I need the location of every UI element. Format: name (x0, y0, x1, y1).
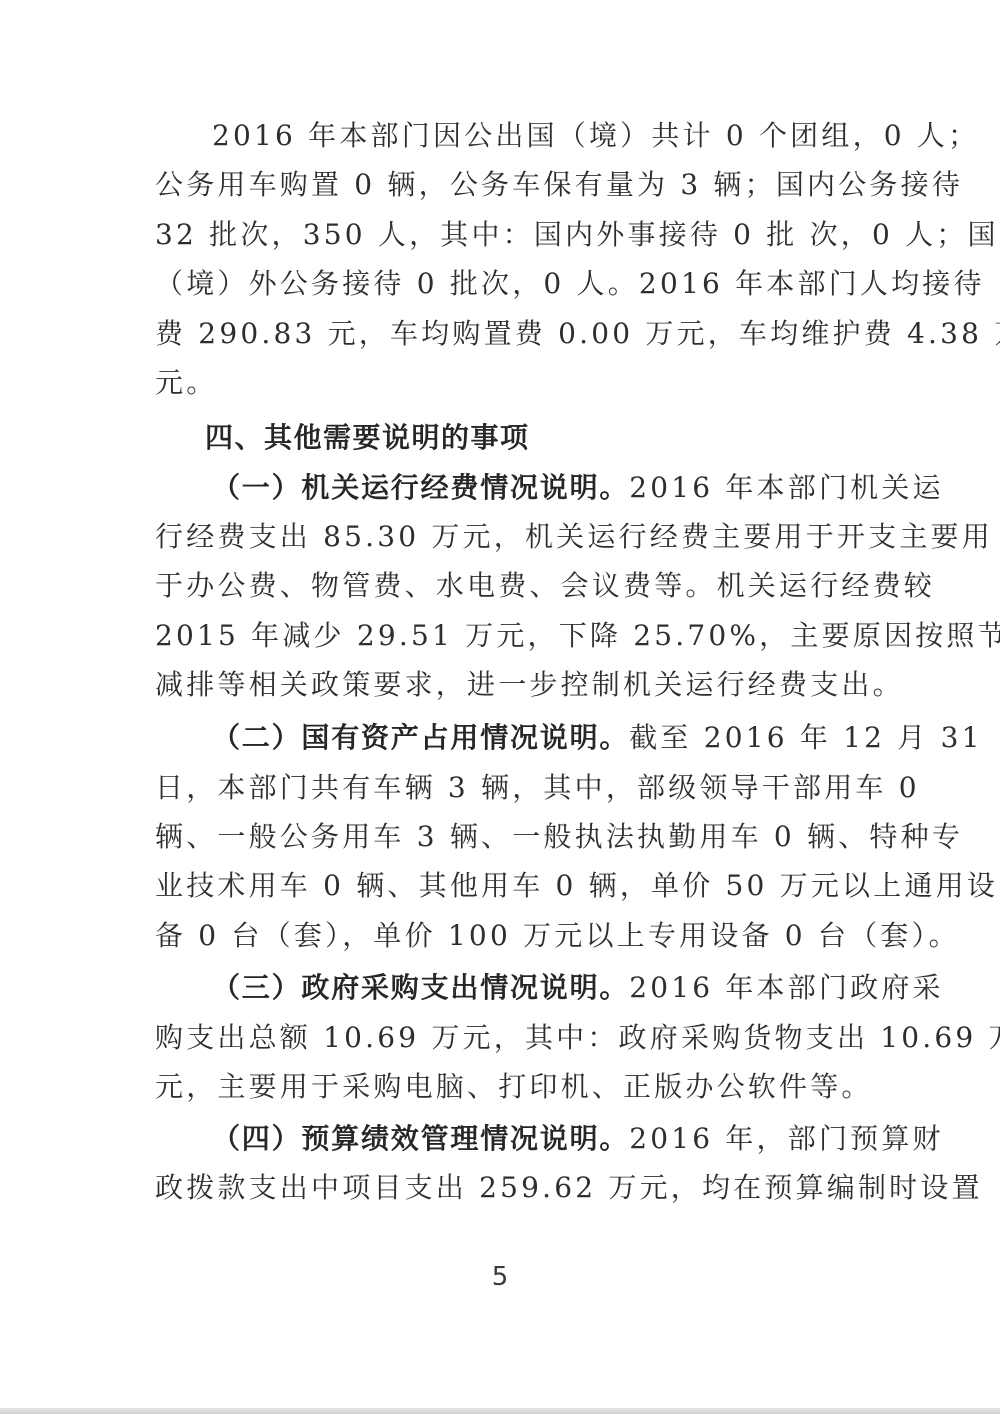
paragraph-line: 2015 年减少 29.51 万元，下降 25.70%，主要原因按照节能 (155, 618, 855, 654)
paragraph-line: （境）外公务接待 0 批次，0 人。2016 年本部门人均接待 (155, 266, 855, 302)
paragraph-line: 政拨款支出中项目支出 259.62 万元，均在预算编制时设置 (155, 1170, 855, 1206)
subsection-first-line: （二）国有资产占用情况说明。截至 2016 年 12 月 31 (212, 720, 912, 756)
paragraph-line: 备 0 台（套），单价 100 万元以上专用设备 0 台（套）。 (155, 918, 855, 954)
subsection-title: （三）政府采购支出情况说明。 (212, 971, 629, 1004)
paragraph-line: 购支出总额 10.69 万元，其中：政府采购货物支出 10.69 万 (155, 1020, 855, 1056)
paragraph-line: 减排等相关政策要求，进一步控制机关运行经费支出。 (155, 667, 855, 703)
subsection-title: （一）机关运行经费情况说明。 (212, 471, 629, 504)
subsection-text: 2016 年本部门机关运 (629, 471, 944, 504)
paragraph-line: 行经费支出 85.30 万元，机关运行经费主要用于开支主要用 (155, 519, 855, 555)
paragraph-line: 费 290.83 元，车均购置费 0.00 万元，车均维护费 4.38 万 (155, 316, 855, 352)
paragraph-line: 元，主要用于采购电脑、打印机、正版办公软件等。 (155, 1069, 855, 1105)
page-number: 5 (488, 1262, 512, 1292)
subsection-first-line: （三）政府采购支出情况说明。2016 年本部门政府采 (212, 970, 912, 1006)
document-page: 2016 年本部门因公出国（境）共计 0 个团组，0 人； 公务用车购置 0 辆… (0, 0, 1000, 1414)
subsection-title: （四）预算绩效管理情况说明。 (212, 1122, 629, 1155)
section-heading: 四、其他需要说明的事项 (205, 420, 905, 456)
paragraph-line: 于办公费、物管费、水电费、会议费等。机关运行经费较 (155, 568, 855, 604)
paragraph-line: 元。 (155, 365, 855, 401)
subsection-text: 2016 年，部门预算财 (629, 1122, 944, 1155)
paragraph-line: 2016 年本部门因公出国（境）共计 0 个团组，0 人； (212, 118, 912, 154)
subsection-title: （二）国有资产占用情况说明。 (212, 721, 629, 754)
paragraph-line: 公务用车购置 0 辆，公务车保有量为 3 辆；国内公务接待 (155, 167, 855, 203)
scan-edge-band (0, 1408, 1000, 1414)
subsection-text: 2016 年本部门政府采 (629, 971, 944, 1004)
paragraph-line: 32 批次，350 人，其中：国内外事接待 0 批 次，0 人；国 (155, 217, 855, 253)
paragraph-line: 日，本部门共有车辆 3 辆，其中，部级领导干部用车 0 (155, 770, 855, 806)
paragraph-line: 业技术用车 0 辆、其他用车 0 辆，单价 50 万元以上通用设 (155, 868, 855, 904)
subsection-text: 截至 2016 年 12 月 31 (629, 721, 982, 754)
subsection-first-line: （一）机关运行经费情况说明。2016 年本部门机关运 (212, 470, 912, 506)
subsection-first-line: （四）预算绩效管理情况说明。2016 年，部门预算财 (212, 1121, 912, 1157)
paragraph-line: 辆、一般公务用车 3 辆、一般执法执勤用车 0 辆、特种专 (155, 819, 855, 855)
